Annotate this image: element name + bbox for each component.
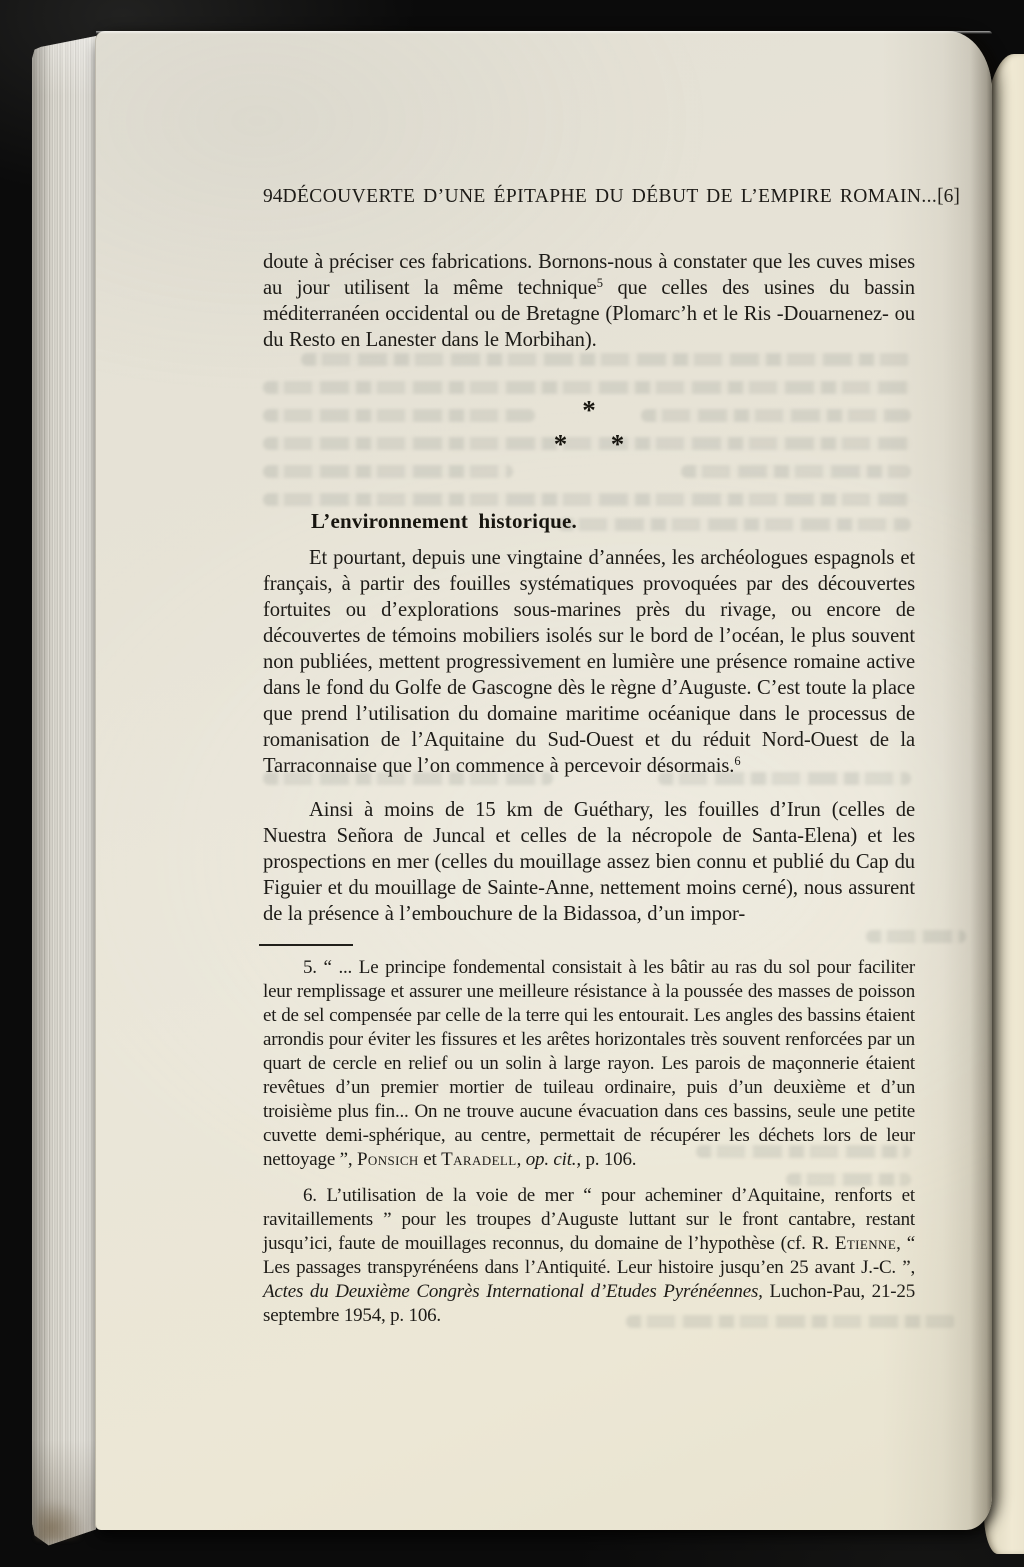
footnote-reference-6: 6: [734, 754, 740, 768]
paragraph-guethary: Ainsi à moins de 15 km de Guéthary, les …: [263, 797, 915, 927]
author-name: Taradell: [441, 1149, 516, 1170]
footnote-6: 6. L’utilisation de la voie de mer “ pou…: [263, 1184, 915, 1328]
footnote-text: 5. “ ... Le principe fondemental consist…: [263, 957, 915, 1170]
asterisk-section-break: * **: [263, 393, 915, 461]
paragraph-text: Et pourtant, depuis une vingtaine d’anné…: [263, 547, 915, 777]
section-heading: L’environnement historique.: [311, 509, 577, 534]
asterisk-row-top: *: [263, 393, 915, 427]
footnote-separator-rule: [259, 944, 353, 946]
running-header: 94 DÉCOUVERTE D’UNE ÉPITAPHE DU DÉBUT DE…: [263, 186, 915, 208]
bleed-through-line: [263, 493, 911, 506]
book-page-stack-edge: [32, 36, 96, 1546]
footnote-5: 5. “ ... Le principe fondemental consist…: [263, 956, 915, 1172]
footnote-text: 6. L’utilisation de la voie de mer “ pou…: [263, 1185, 915, 1254]
citation-title: Actes du Deuxième Congrès International …: [263, 1281, 763, 1302]
footnote-text: p. 106.: [581, 1149, 636, 1170]
paragraph-continued: doute à préciser ces fabrications. Borno…: [263, 249, 915, 353]
column-reference: [6]: [937, 186, 960, 208]
bleed-through-line: [558, 518, 911, 531]
asterisk: *: [532, 427, 589, 461]
book-page: 94 DÉCOUVERTE D’UNE ÉPITAPHE DU DÉBUT DE…: [95, 31, 992, 1530]
footnote-text: ,: [517, 1149, 526, 1170]
page-stack-smudge: [36, 1498, 88, 1540]
bleed-through-line: [301, 353, 911, 366]
citation-title: op. cit.,: [526, 1149, 581, 1170]
paragraph-environnement: Et pourtant, depuis une vingtaine d’anné…: [263, 545, 915, 779]
bleed-through-line: [681, 465, 911, 478]
bleed-through-line: [263, 465, 513, 478]
author-name: Ponsich: [357, 1149, 419, 1170]
asterisk: *: [589, 427, 646, 461]
bleed-through-line: [866, 930, 966, 943]
page-number: 94: [263, 186, 283, 208]
asterisk: *: [582, 395, 596, 425]
asterisk-row-bottom: **: [263, 427, 915, 461]
running-title: DÉCOUVERTE D’UNE ÉPITAPHE DU DÉBUT DE L’…: [283, 186, 938, 208]
footnote-text: et: [419, 1149, 441, 1170]
author-name: Etienne: [835, 1233, 896, 1254]
